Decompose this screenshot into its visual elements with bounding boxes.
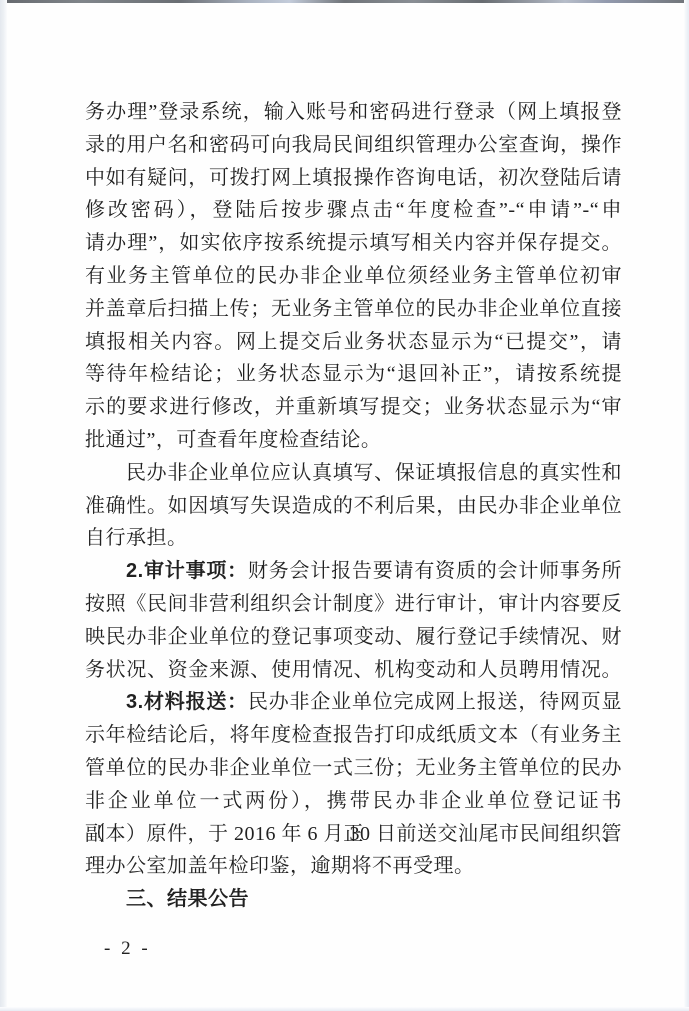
line-text: 自行承担。 [85,527,188,549]
text-line: 副本）原件，于 2016 年 6 月 30 日前送交汕尾市民间组织管 [85,818,622,851]
line-text: 请办理”，如实依序按系统提示填写相关内容并保存提交。 [85,232,622,254]
text-line: 填报相关内容。网上提交后业务状态显示为“已提交”，请 [85,326,622,359]
text-line: 准确性。如因填写失误造成的不利后果，由民办非企业单位 [85,490,622,523]
text-line: 中如有疑问，可拨打网上填报操作咨询电话，初次登陆后请 [85,162,622,195]
text-line: 管单位的民办非企业单位一式三份；无业务主管单位的民办 [85,752,622,785]
line-text: 示年检结论后，将年度检查报告打印成纸质文本（有业务主 [85,724,622,746]
line-text: 民办非企业单位应认真填写、保证填报信息的真实性和 [126,462,622,484]
text-line: 按照《民间非营利组织会计制度》进行审计，审计内容要反 [85,588,622,621]
text-line: 示的要求进行修改，并重新填写提交；业务状态显示为“审 [85,391,622,424]
page-number: - 2 - [104,938,151,960]
text-line: 录的用户名和密码可向我局民间组织管理办公室查询，操作 [85,129,622,162]
scan-artifact-right-edge [684,0,689,1011]
line-text: 副本）原件，于 2016 年 6 月 30 日前送交汕尾市民间组织管 [85,823,622,845]
text-line: 修改密码），登陆后按步骤点击“年度检查”-“申请”-“申 [85,194,622,227]
text-line: 等待年检结论；业务状态显示为“退回补正”，请按系统提 [85,358,622,391]
line-text: 填报相关内容。网上提交后业务状态显示为“已提交”，请 [85,331,622,353]
scan-artifact-bottom-edge [0,1007,689,1011]
text-line: 批通过”，可查看年度检查结论。 [85,424,622,457]
line-text: 并盖章后扫描上传；无业务主管单位的民办非企业单位直接 [85,298,622,320]
scanned-document-page: 务办理”登录系统，输入账号和密码进行登录（网上填报登录的用户名和密码可向我局民间… [0,0,689,1011]
text-line: 有业务主管单位的民办非企业单位须经业务主管单位初审 [85,260,622,293]
line-text: 修改密码），登陆后按步骤点击“年度检查”-“申请”-“申 [85,199,622,221]
line-text: 理办公室加盖年检印鉴，逾期将不再受理。 [85,855,475,877]
text-line: 务状况、资金来源、使用情况、机构变动和人员聘用情况。 [85,654,622,687]
text-line: 并盖章后扫描上传；无业务主管单位的民办非企业单位直接 [85,293,622,326]
bold-section-label: 三、结果公告 [126,888,249,910]
line-text: 务办理”登录系统，输入账号和密码进行登录（网上填报登 [85,101,622,123]
line-text: 有业务主管单位的民办非企业单位须经业务主管单位初审 [85,265,622,287]
document-body: 务办理”登录系统，输入账号和密码进行登录（网上填报登录的用户名和密码可向我局民间… [85,96,622,916]
bold-section-label: 2.审计事项： [126,560,248,582]
text-line: 示年检结论后，将年度检查报告打印成纸质文本（有业务主 [85,719,622,752]
text-line: 非企业单位一式两份），携带民办非企业单位登记证书（正、 [85,785,622,818]
text-line: 2.审计事项：财务会计报告要请有资质的会计师事务所 [85,555,622,588]
text-line: 民办非企业单位应认真填写、保证填报信息的真实性和 [85,457,622,490]
line-text: 中如有疑问，可拨打网上填报操作咨询电话，初次登陆后请 [85,167,622,189]
line-text: 录的用户名和密码可向我局民间组织管理办公室查询，操作 [85,134,622,156]
line-text: 按照《民间非营利组织会计制度》进行审计，审计内容要反 [85,593,622,615]
line-text: 财务会计报告要请有资质的会计师事务所 [248,560,622,582]
text-line: 3.材料报送：民办非企业单位完成网上报送，待网页显 [85,686,622,719]
line-text: 务状况、资金来源、使用情况、机构变动和人员聘用情况。 [85,659,622,681]
line-text: 民办非企业单位完成网上报送，待网页显 [248,691,622,713]
bold-section-label: 3.材料报送： [126,691,248,713]
text-line: 理办公室加盖年检印鉴，逾期将不再受理。 [85,850,622,883]
scan-artifact-left-edge [0,0,7,1011]
line-text: 批通过”，可查看年度检查结论。 [85,429,381,451]
line-text: 等待年检结论；业务状态显示为“退回补正”，请按系统提 [85,363,622,385]
text-line: 映民办非企业单位的登记事项变动、履行登记手续情况、财 [85,621,622,654]
line-text: 示的要求进行修改，并重新填写提交；业务状态显示为“审 [85,396,622,418]
scan-artifact-top-edge [0,0,689,3]
line-text: 映民办非企业单位的登记事项变动、履行登记手续情况、财 [85,626,622,648]
text-line: 请办理”，如实依序按系统提示填写相关内容并保存提交。 [85,227,622,260]
line-text: 管单位的民办非企业单位一式三份；无业务主管单位的民办 [85,757,622,779]
text-line: 务办理”登录系统，输入账号和密码进行登录（网上填报登 [85,96,622,129]
text-line: 三、结果公告 [85,883,622,916]
line-text: 准确性。如因填写失误造成的不利后果，由民办非企业单位 [85,495,622,517]
text-line: 自行承担。 [85,522,622,555]
